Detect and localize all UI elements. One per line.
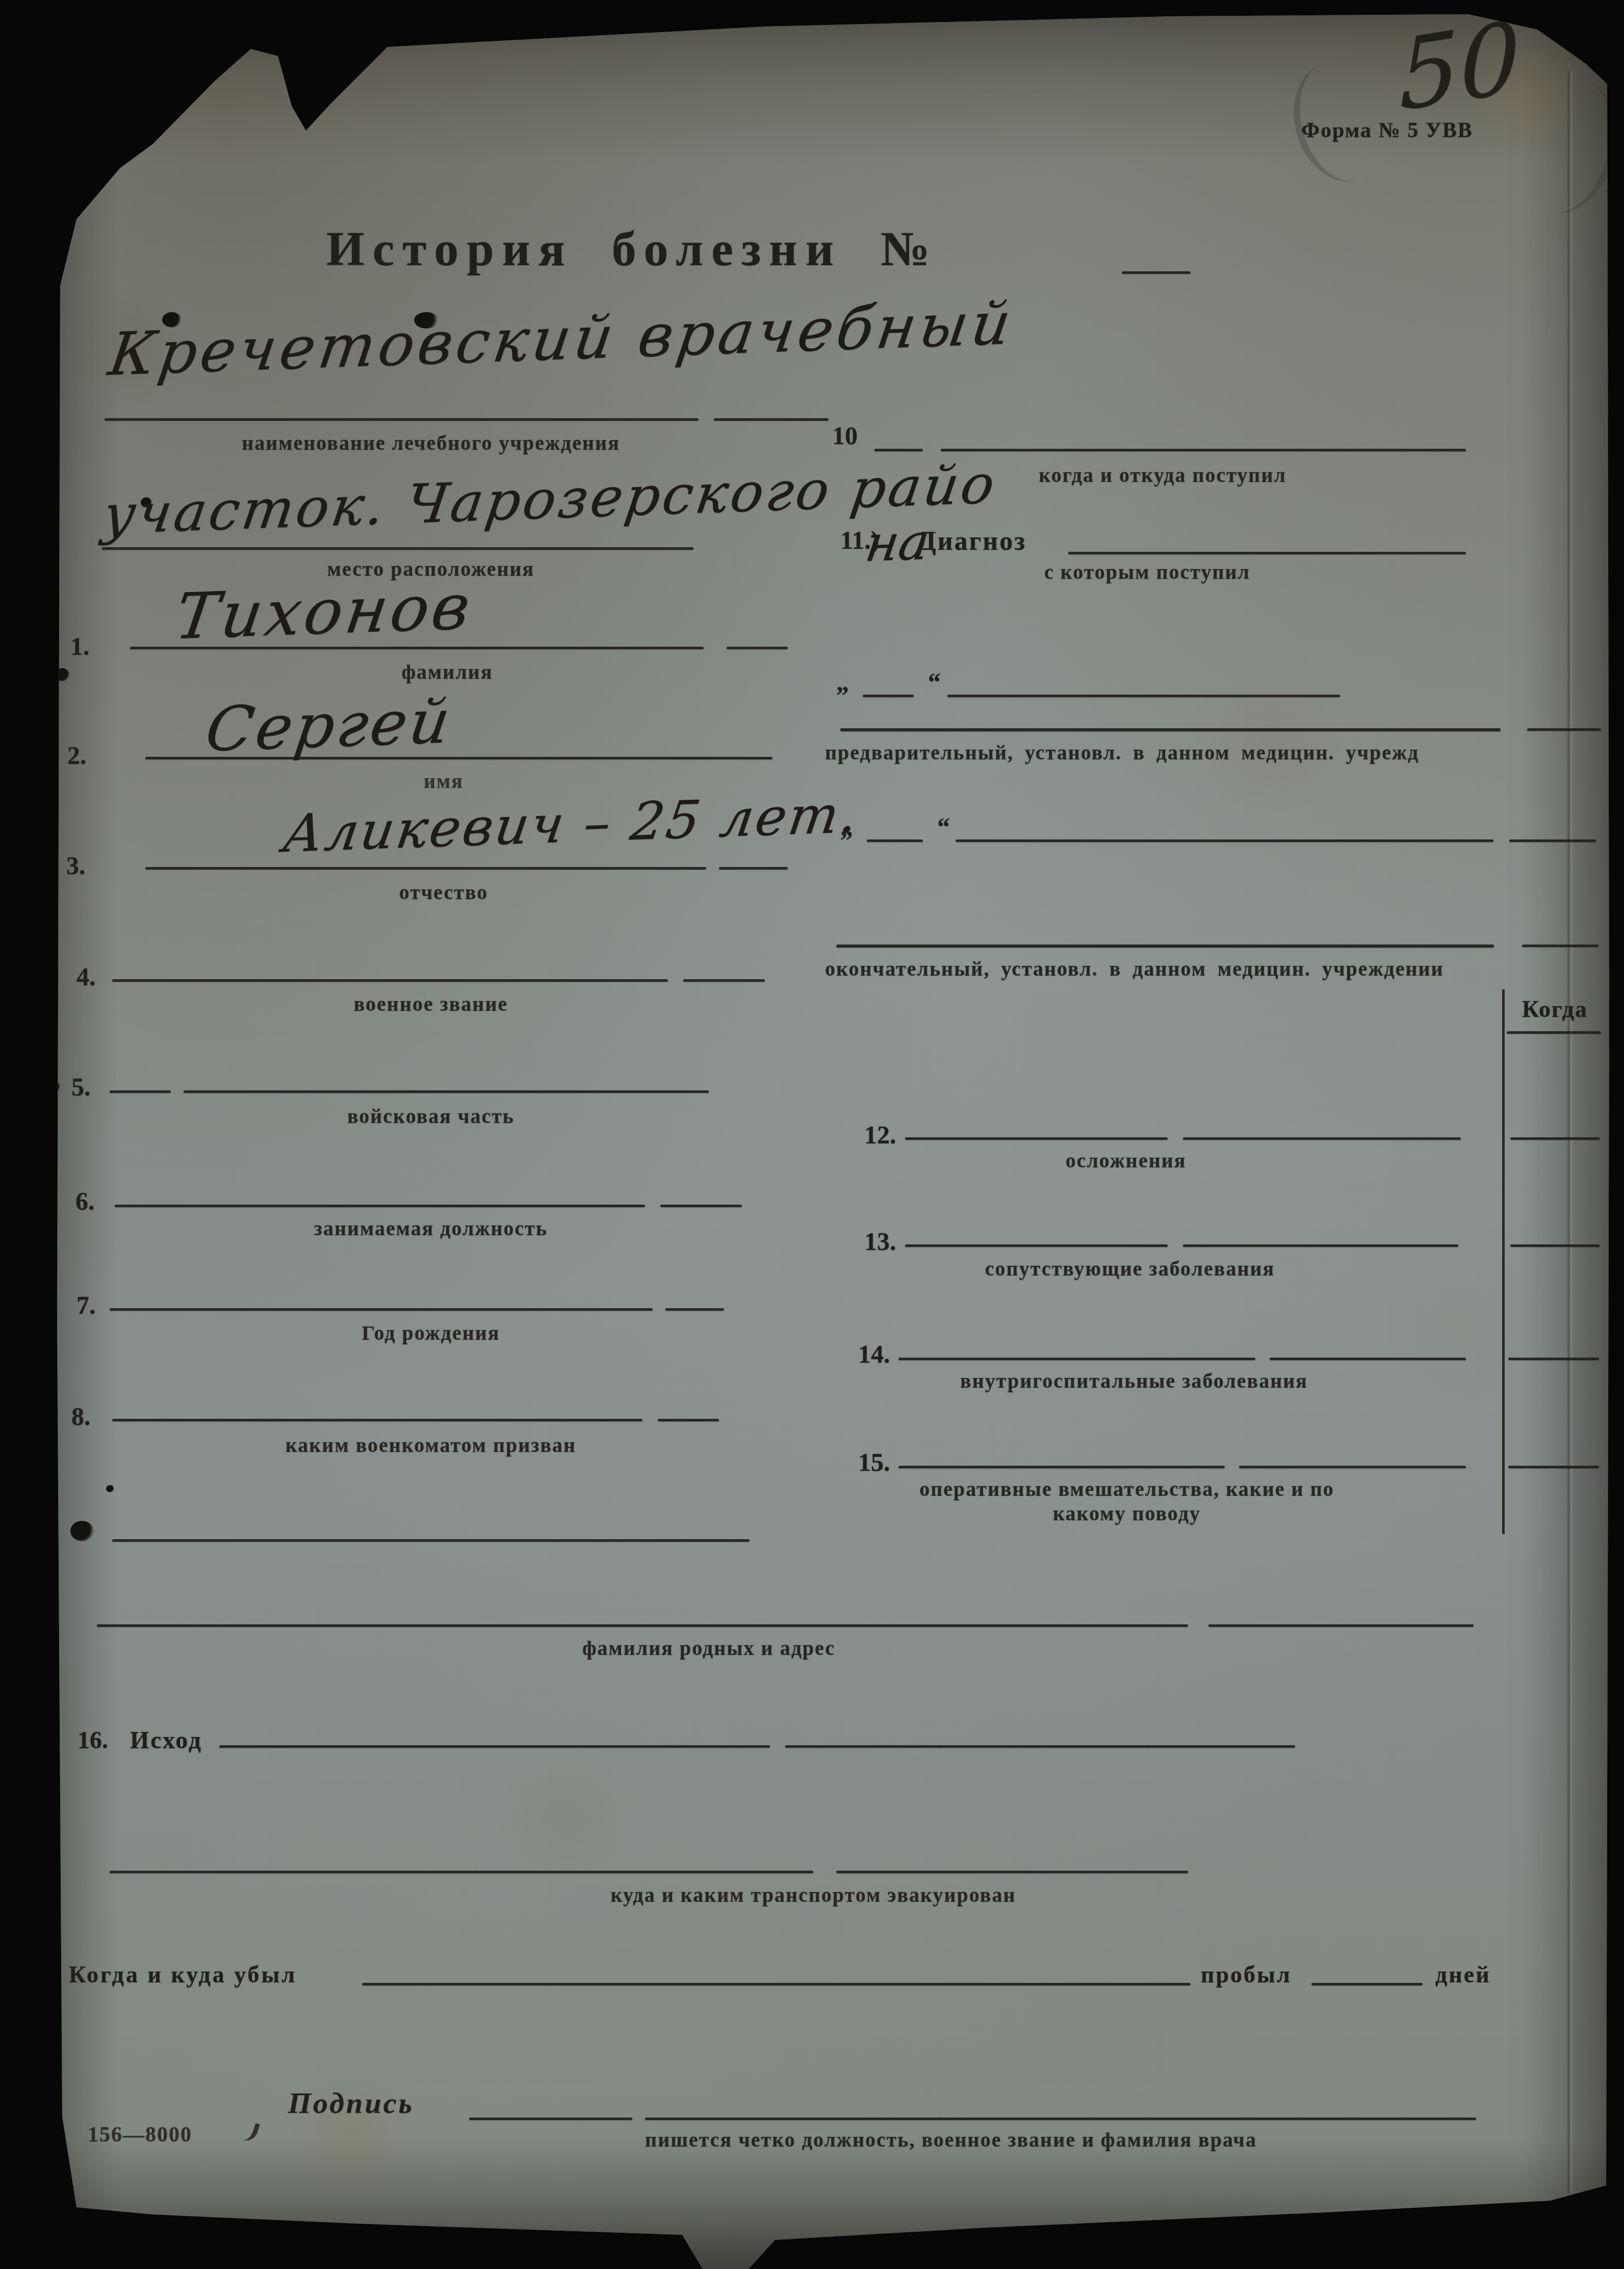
quote-close: “	[928, 667, 941, 697]
blank-line	[97, 1624, 1188, 1627]
diagnosis-on-admission-caption: с которым поступил	[943, 560, 1351, 584]
blank-line	[905, 1137, 1168, 1140]
left-edge-shadow	[0, 0, 117, 2269]
quote-close: “	[937, 812, 950, 842]
blank-line	[645, 2118, 1476, 2120]
blank-line	[874, 449, 923, 451]
field-15-number: 15.	[858, 1447, 890, 1477]
blank-line	[1522, 945, 1599, 947]
field-11-number: 11.)	[840, 525, 879, 555]
blank-line	[840, 728, 1501, 731]
blank-line	[110, 1308, 653, 1311]
ink-mark	[233, 2118, 260, 2144]
blank-line	[219, 1745, 770, 1748]
patronymic-value: Аликевич – 25 лет.	[279, 784, 863, 864]
field-12-number: 12.	[864, 1120, 896, 1150]
surname-caption: фамилия	[243, 660, 651, 684]
blank-line	[145, 757, 772, 759]
blank-line	[719, 867, 788, 870]
blank-line	[115, 1205, 645, 1207]
when-cell-line	[1508, 1358, 1599, 1360]
blank-line	[1509, 839, 1596, 842]
field-13-number: 13.	[864, 1227, 896, 1256]
firstname-caption: имя	[240, 769, 648, 794]
days-label: дней	[1435, 1961, 1491, 1988]
bottom-edge-shadow	[0, 2136, 1624, 2269]
rank-caption: военное звание	[227, 992, 635, 1016]
field-4-number: 4.	[76, 962, 96, 991]
blank-line	[1183, 1137, 1461, 1140]
blank-line	[727, 647, 788, 649]
field-2-number: 2.	[67, 741, 87, 770]
pencil-mark-violet	[165, 2226, 233, 2247]
institution-name-caption: наименование лечебного учреждения	[201, 431, 660, 455]
stain	[1377, 1250, 1550, 1403]
diagnosis-label: Диагноз	[918, 526, 1026, 556]
form-title: История болезни №	[326, 220, 938, 277]
handwritten-case-number: 50	[1398, 0, 1522, 133]
print-run-code: 156—8000	[88, 2123, 192, 2147]
blank-line	[863, 695, 914, 697]
title-blank-line	[1122, 271, 1191, 274]
blank-line	[112, 1419, 642, 1421]
firstname-value: Сергей	[201, 686, 457, 766]
blank-line	[1208, 1624, 1474, 1627]
patronymic-caption: отчество	[240, 880, 648, 905]
position-caption: занимаемая должность	[227, 1216, 635, 1241]
blank-line	[1183, 1244, 1458, 1247]
field-3-number: 3.	[66, 851, 86, 880]
preliminary-diagnosis-caption: предварительный, установл. в данном меди…	[825, 741, 1503, 765]
outcome-label: Исход	[130, 1726, 202, 1754]
blank-line	[110, 1871, 813, 1873]
field-6-number: 6.	[75, 1186, 95, 1216]
when-column-divider	[1502, 989, 1505, 1534]
blank-line	[112, 1539, 750, 1542]
blank-line	[112, 979, 668, 982]
when-header-underline	[1507, 1031, 1601, 1034]
blank-line	[867, 839, 923, 842]
blank-line	[836, 945, 1494, 948]
pencil-scribble	[21, 17, 132, 131]
blank-line	[898, 1466, 1225, 1468]
field-7-number: 7.	[76, 1290, 96, 1320]
complications-caption: осложнения	[922, 1149, 1330, 1173]
birth-year-caption: Год рождения	[227, 1321, 635, 1345]
blank-line	[1527, 728, 1601, 731]
hospital-acquired-caption: внутригоспитальные заболевания	[930, 1369, 1338, 1393]
blank-line	[905, 1244, 1168, 1247]
paper-hole	[55, 668, 69, 681]
blank-line	[130, 647, 704, 649]
field-14-number: 14.	[858, 1339, 890, 1369]
blank-line	[785, 1745, 1295, 1748]
signature-caption: пишется четко должность, военное звание …	[589, 2128, 1313, 2152]
blank-line	[683, 979, 765, 982]
paper-hole	[106, 1485, 114, 1492]
field-5-number: 5.	[71, 1072, 91, 1102]
blank-line	[184, 1090, 709, 1093]
signature-label: Подпись	[288, 2086, 414, 2120]
blank-line	[660, 1205, 742, 1207]
relatives-caption: фамилия родных и адрес	[505, 1636, 913, 1661]
evacuation-caption: куда и каким транспортом эвакуирован	[558, 1883, 1068, 1907]
field-16-number: 16.	[78, 1726, 108, 1754]
blank-line	[1270, 1358, 1466, 1360]
concomitant-diseases-caption: сопутствующие заболевания	[926, 1257, 1334, 1281]
quote-open: „	[840, 812, 853, 842]
blank-line	[956, 839, 1493, 842]
when-cell-line	[1510, 1137, 1600, 1140]
blank-line	[1068, 552, 1466, 554]
blank-line	[836, 1871, 1188, 1873]
blank-line	[665, 1308, 724, 1311]
stayed-label: пробыл	[1201, 1961, 1292, 1988]
unit-caption: войсковая часть	[227, 1104, 635, 1129]
blank-line	[658, 1419, 719, 1421]
scanned-document-page: Форма № 5 УВВ 50 История болезни № Крече…	[0, 0, 1624, 2269]
blank-line	[941, 449, 1466, 451]
departed-label: Когда и куда убыл	[69, 1961, 297, 1988]
right-edge-shadow	[1522, 0, 1624, 2269]
institution-name-value: Кречетовский врачебный	[105, 289, 1018, 389]
blank-line	[947, 695, 1340, 697]
blank-line	[1239, 1466, 1466, 1468]
blank-line	[469, 2118, 632, 2120]
admitted-from-caption: когда и откуда поступил	[959, 463, 1367, 488]
quote-open: „	[836, 667, 849, 697]
blank-line	[898, 1358, 1255, 1360]
draft-office-caption: каким военкоматом призван	[227, 1433, 635, 1458]
blank-line	[105, 418, 699, 421]
blank-line	[145, 867, 706, 870]
when-cell-line	[1508, 1466, 1599, 1468]
form-paper: Форма № 5 УВВ 50 История болезни № Крече…	[0, 0, 1624, 2269]
blank-line	[362, 1983, 1191, 1985]
blank-line	[102, 547, 693, 550]
paper-hole	[70, 1521, 94, 1541]
right-crease-line	[1566, 71, 1574, 2193]
operations-caption: оперативные вмешательства, какие и по ка…	[913, 1477, 1341, 1526]
blank-line	[714, 418, 829, 421]
surname-value: Тихонов	[171, 570, 477, 654]
blank-line	[1311, 1983, 1423, 1985]
paper-hole	[48, 1081, 60, 1092]
blank-line	[110, 1090, 171, 1093]
when-cell-line	[1510, 1244, 1600, 1247]
final-diagnosis-caption: окончательный, установл. в данном медици…	[825, 957, 1508, 981]
when-column-header: Когда	[1522, 996, 1588, 1023]
field-8-number: 8.	[71, 1401, 91, 1431]
stain	[489, 1754, 642, 1877]
field-1-number: 1.	[70, 631, 90, 661]
field-10-number: 10	[832, 421, 858, 450]
